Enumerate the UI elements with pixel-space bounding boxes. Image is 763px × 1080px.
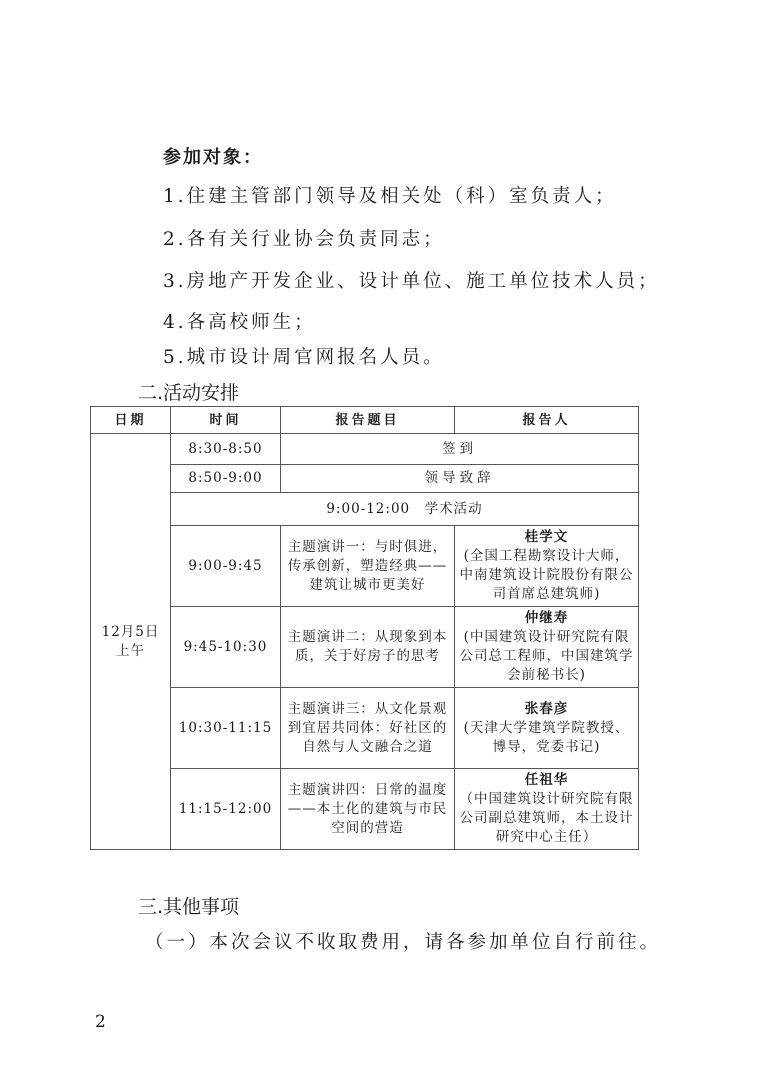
table-header-row: 日期 时间 报告题目 报告人: [91, 407, 639, 434]
speaker-title: (全国工程勘察设计大师，中南建筑设计院股份有限公司首席总建筑师): [460, 548, 634, 602]
table-row: 10:30-11:15 主题演讲三：从文化景观到宜居共同体：好社区的自然与人文融…: [91, 688, 639, 769]
participant-item-5: 5.城市设计周官网报名人员。: [163, 343, 445, 369]
opening-speech-cell: 领导致辞: [281, 465, 639, 493]
participant-item-2: 2.各有关行业协会负责同志；: [163, 225, 445, 251]
speaker-cell: 任祖华 （中国建筑设计研究院有限公司副总建筑师，本土设计研究中心主任）: [455, 769, 639, 850]
speaker-cell: 桂学文 (全国工程勘察设计大师，中南建筑设计院股份有限公司首席总建筑师): [455, 526, 639, 607]
signin-cell: 签到: [281, 434, 639, 465]
speaker-title: (天津大学建筑学院教授、博导，党委书记): [464, 720, 630, 755]
schedule-heading: 二.活动安排: [138, 378, 239, 405]
table-row: 9:00-9:45 主题演讲一：与时俱进，传承创新，塑造经典——建筑让城市更美好…: [91, 526, 639, 607]
topic-cell: 主题演讲二：从现象到本质，关于好房子的思考: [281, 607, 455, 688]
col-header-speaker: 报告人: [455, 407, 639, 434]
other-matters-heading: 三.其他事项: [138, 892, 239, 919]
participant-item-3: 3.房地产开发企业、设计单位、施工单位技术人员；: [163, 267, 660, 293]
speaker-title: （中国建筑设计研究院有限公司副总建筑师，本土设计研究中心主任）: [460, 791, 634, 845]
table-row: 12月5日 上午 8:30-8:50 签到: [91, 434, 639, 465]
time-cell: 11:15-12:00: [171, 769, 281, 850]
col-header-date: 日期: [91, 407, 171, 434]
participant-item-4: 4.各高校师生；: [163, 308, 316, 334]
topic-cell: 主题演讲一：与时俱进，传承创新，塑造经典——建筑让城市更美好: [281, 526, 455, 607]
time-cell: 10:30-11:15: [171, 688, 281, 769]
col-header-topic: 报告题目: [281, 407, 455, 434]
other-matters-item-1: （一）本次会议不收取费用，请各参加单位自行前往。: [145, 928, 661, 954]
speaker-title: (中国建筑设计研究院有限公司总工程师，中国建筑学会前秘书长): [460, 629, 634, 683]
table-row: 9:00-12:00 学术活动: [91, 493, 639, 526]
time-cell: 9:45-10:30: [171, 607, 281, 688]
session-cell: 9:00-12:00 学术活动: [171, 493, 639, 526]
table-row: 9:45-10:30 主题演讲二：从现象到本质，关于好房子的思考 仲继寿 (中国…: [91, 607, 639, 688]
speaker-name: 张春彦: [458, 700, 635, 719]
speaker-cell: 仲继寿 (中国建筑设计研究院有限公司总工程师，中国建筑学会前秘书长): [455, 607, 639, 688]
participants-heading: 参加对象：: [163, 143, 263, 169]
col-header-time: 时间: [171, 407, 281, 434]
speaker-name: 任祖华: [458, 771, 635, 790]
participant-item-1: 1.住建主管部门领导及相关处（科）室负责人；: [163, 182, 617, 208]
time-cell: 9:00-9:45: [171, 526, 281, 607]
table-row: 11:15-12:00 主题演讲四：日常的温度——本土化的建筑与市民空间的营造 …: [91, 769, 639, 850]
speaker-cell: 张春彦 (天津大学建筑学院教授、博导，党委书记): [455, 688, 639, 769]
topic-cell: 主题演讲四：日常的温度——本土化的建筑与市民空间的营造: [281, 769, 455, 850]
speaker-name: 桂学文: [458, 528, 635, 547]
page-number: 2: [95, 1012, 106, 1032]
date-label: 12月5日: [94, 623, 167, 642]
table-row: 8:50-9:00 领导致辞: [91, 465, 639, 493]
date-period: 上午: [94, 642, 167, 661]
speaker-name: 仲继寿: [458, 609, 635, 628]
topic-cell: 主题演讲三：从文化景观到宜居共同体：好社区的自然与人文融合之道: [281, 688, 455, 769]
time-cell: 8:30-8:50: [171, 434, 281, 465]
date-cell: 12月5日 上午: [91, 434, 171, 850]
time-cell: 8:50-9:00: [171, 465, 281, 493]
schedule-table: 日期 时间 报告题目 报告人 12月5日 上午 8:30-8:50 签到 8:5…: [90, 406, 639, 850]
